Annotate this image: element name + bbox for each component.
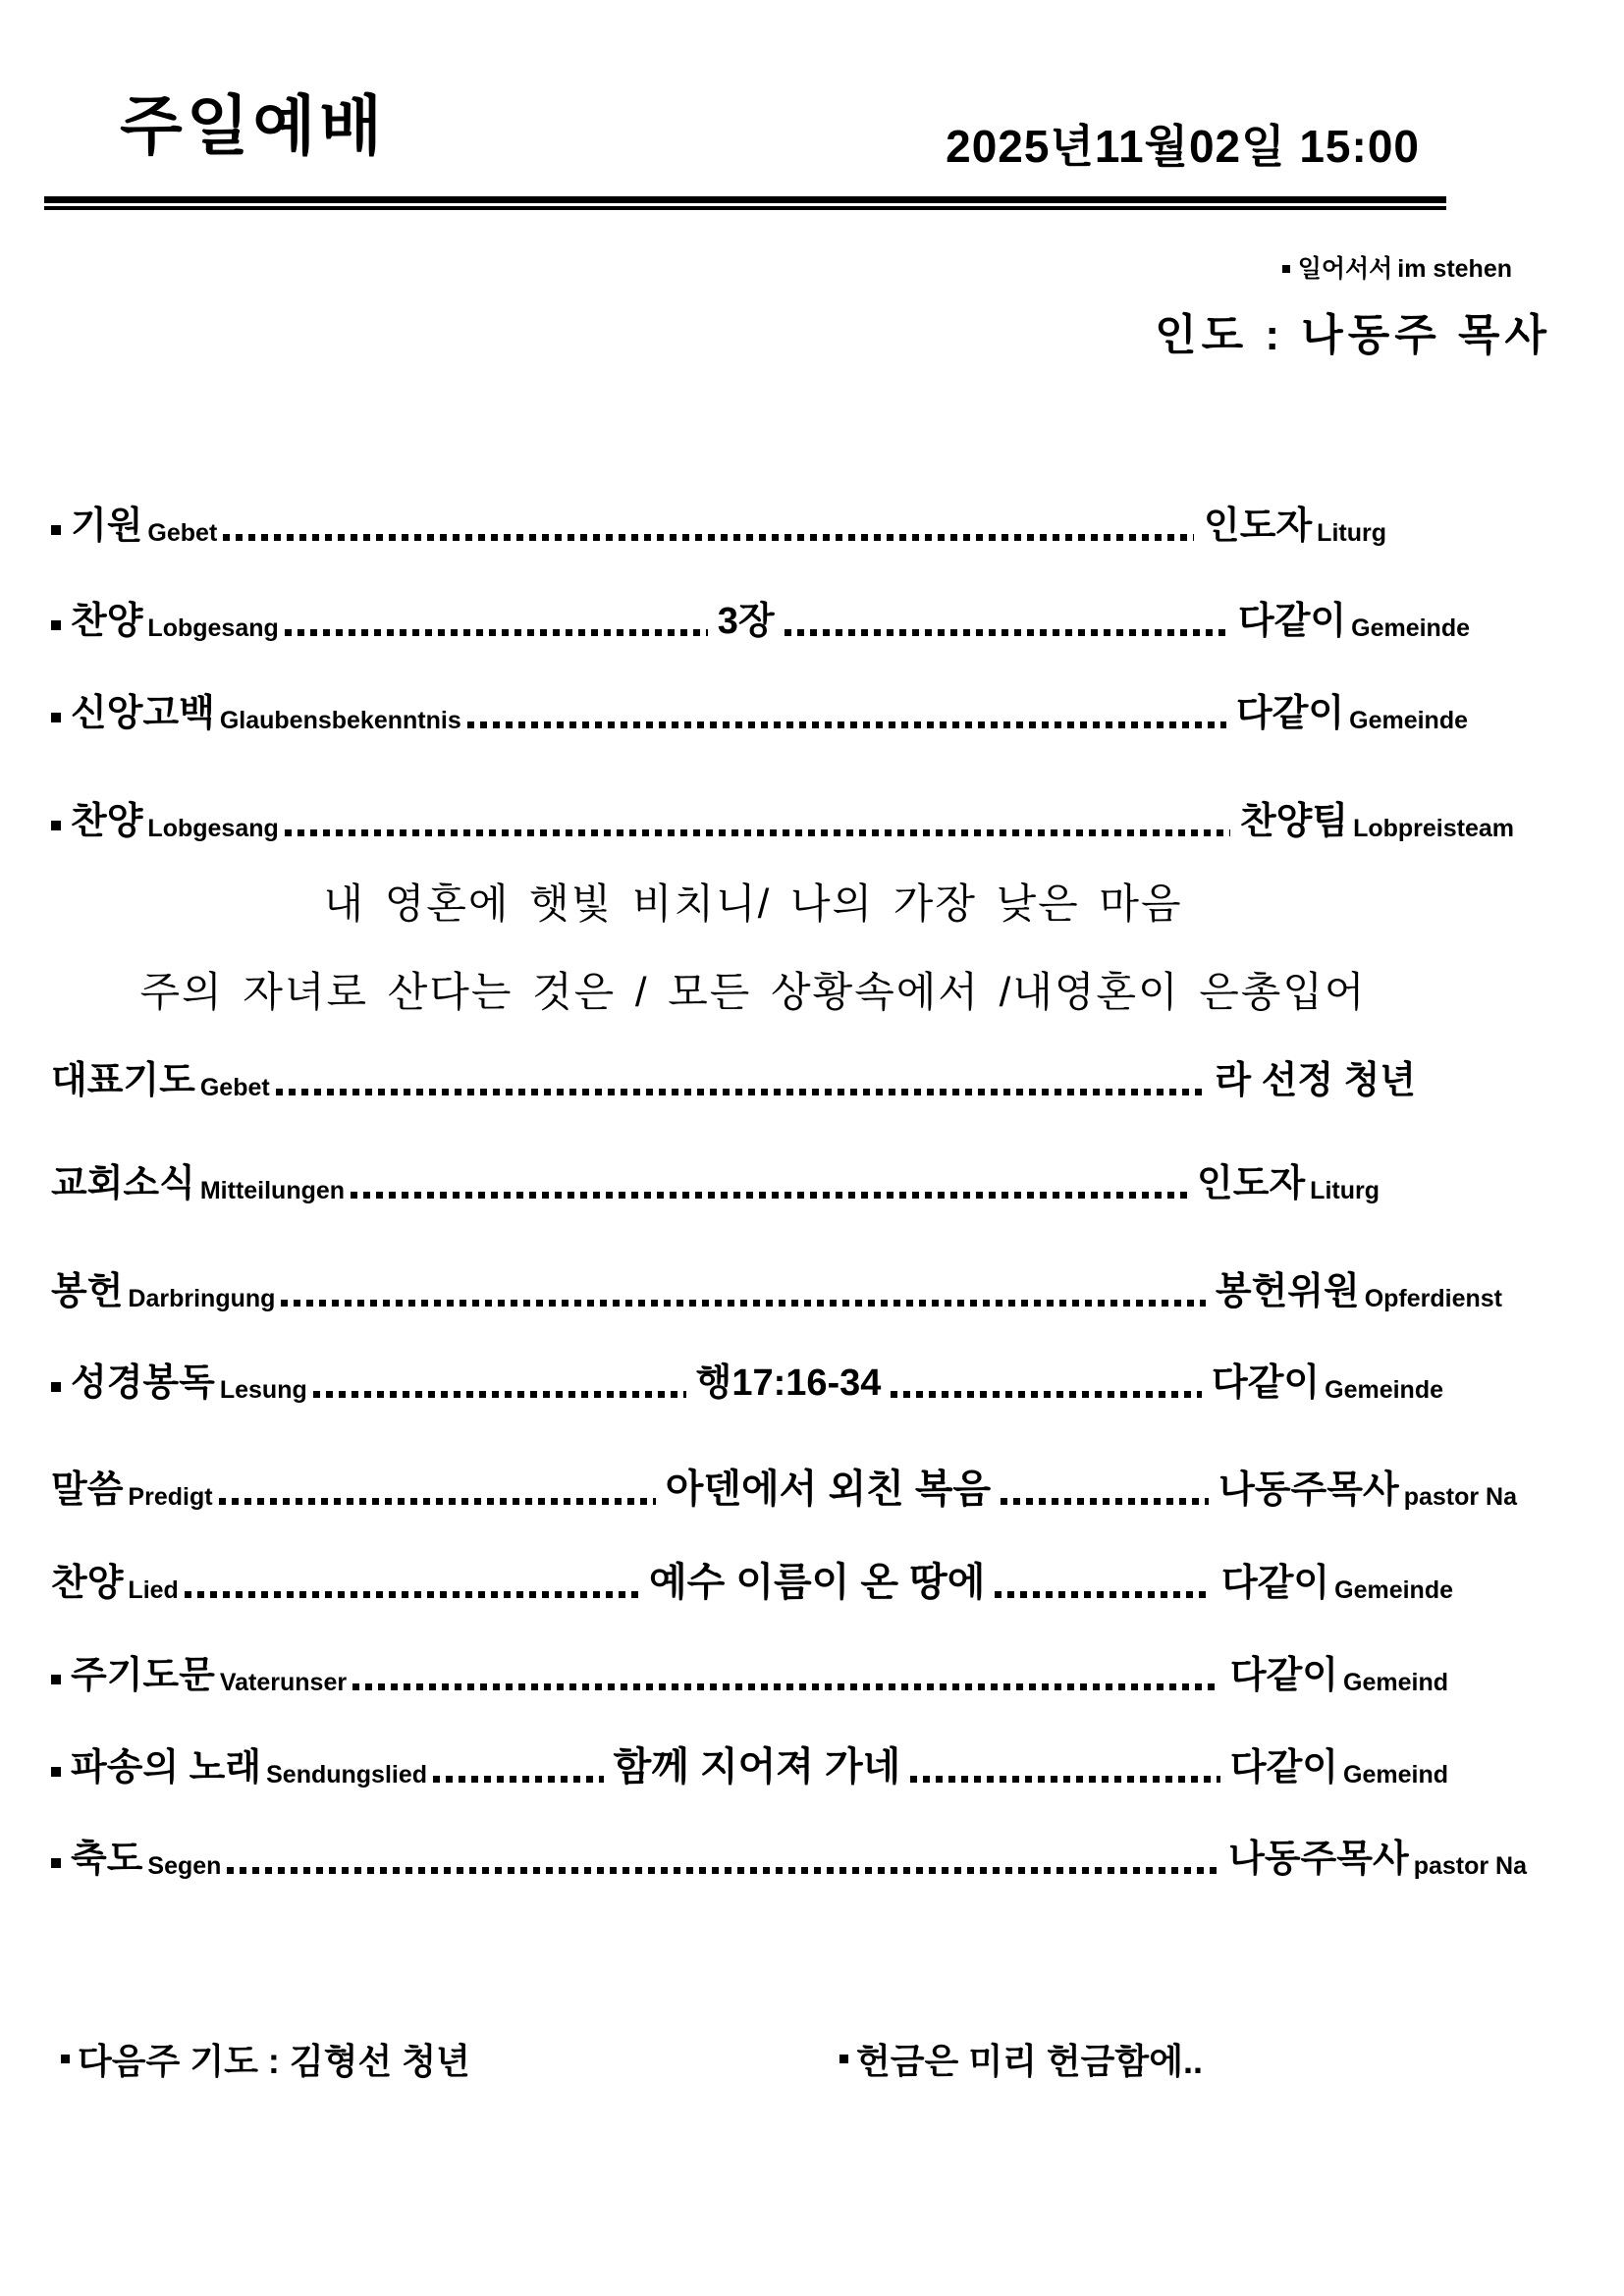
item-label-ko: 신앙고백 [71,693,215,735]
square-bullet-icon [51,620,61,630]
dotted-leader [185,1591,639,1598]
square-bullet-icon [51,1675,61,1684]
service-item-lords-prayer: 주기도문 Vaterunser 다같이 Gemeind [51,1655,1448,1697]
item-label-de: Predigt [128,1483,212,1512]
service-item-praise-2: 찬양 Lobgesang 찬양팀 Lobpreisteam [51,801,1514,843]
item-content: 함께 지어져 가네 [614,1745,901,1789]
square-bullet-icon [839,2055,848,2063]
service-item-announcements: 교회소식 Mitteilungen 인도자 Liturg [51,1163,1380,1205]
service-item-hymn: 찬양 Lied 예수 이름이 온 땅에 다같이 Gemeinde [51,1561,1453,1605]
item-label-ko: 봉헌 [51,1271,123,1313]
item-performer-de: Liturg [1317,519,1386,548]
header-divider [44,196,1446,210]
item-label-de: Gebet [200,1074,270,1102]
footer-notes: 다음주 기도 : 김형선 청년 헌금은 미리 헌금함에.. [51,2034,1573,2093]
item-label-ko: 찬양 [51,1563,123,1605]
item-label-ko: 기원 [71,506,142,548]
dotted-leader [276,1089,1206,1095]
service-item-benediction: 축도 Segen 나동주목사 pastor Na [51,1839,1527,1881]
item-performer-ko: 봉헌위원 [1216,1271,1360,1313]
divider-line-thin [44,206,1446,210]
item-performer-de: Opferdienst [1365,1285,1502,1313]
next-week-prayer-note: 다음주 기도 : 김형선 청년 [61,2034,470,2084]
service-item-praise-1: 찬양 Lobgesang 3장 다같이 Gemeinde [51,601,1470,643]
standing-note-ko: 일어서서 [1298,255,1393,283]
item-performer-ko: 라 선정 청년 [1215,1060,1416,1102]
square-bullet-icon [51,713,61,722]
item-label-ko: 주기도문 [71,1655,215,1697]
item-performer-ko: 다같이 [1236,693,1344,735]
item-performer-de: pastor Na [1414,1852,1527,1881]
dotted-leader [223,534,1194,541]
offering-note-text: 헌금은 미리 헌금함에.. [856,2034,1203,2084]
item-performer-ko: 다같이 [1221,1563,1329,1605]
item-label-de: Lobgesang [147,815,278,843]
item-label-de: Mitteilungen [200,1177,345,1205]
item-performer-de: Gemeinde [1349,707,1468,735]
square-bullet-icon [51,821,61,830]
item-performer-de: Lobpreisteam [1353,815,1514,843]
song-line: 주의 자녀로 산다는 것은 / 모든 상황속에서 /내영혼이 은총입어 [0,970,1506,1015]
item-label-de: Darbringung [128,1285,275,1313]
item-content: 아덴에서 외친 복음 [666,1468,991,1512]
item-label-de: Glaubensbekenntnis [220,707,461,735]
item-label-ko: 성경봉독 [71,1362,215,1405]
item-label-ko: 대표기도 [51,1060,195,1102]
dotted-leader [285,829,1230,836]
item-performer-de: Gemeinde [1325,1376,1443,1405]
item-performer-ko: 다같이 [1230,1747,1338,1789]
item-label-de: Lied [128,1576,178,1605]
item-performer-de: Gemeind [1343,1761,1448,1789]
item-performer-de: Liturg [1310,1177,1380,1205]
item-performer-de: Gemeinde [1334,1576,1453,1605]
item-performer-ko: 인도자 [1204,506,1312,548]
dotted-leader [227,1867,1218,1874]
service-item-invocation: 기원 Gebet 인도자 Liturg [51,506,1386,548]
square-bullet-icon [51,1858,61,1868]
next-week-prayer-text: 다음주 기도 : 김형선 청년 [78,2034,470,2084]
service-item-scripture-reading: 성경봉독 Lesung 행17:16-34 다같이 Gemeinde [51,1362,1443,1405]
service-item-creed: 신앙고백 Glaubensbekenntnis 다같이 Gemeinde [51,693,1468,735]
item-label-ko: 파송의 노래 [71,1747,261,1789]
item-label-ko: 교회소식 [51,1163,195,1205]
item-label-de: Gebet [147,519,217,548]
song-line: 내 영혼에 햇빛 비치니/ 나의 가장 낮은 마음 [0,881,1506,927]
item-label-de: Segen [147,1852,221,1881]
item-label-de: Vaterunser [220,1669,347,1697]
dotted-leader [995,1591,1212,1598]
item-performer-ko: 인도자 [1197,1163,1305,1205]
dotted-leader [313,1391,686,1398]
item-performer-ko: 찬양팀 [1240,801,1348,843]
dotted-leader [219,1498,656,1505]
item-content: 3장 [718,601,775,643]
service-datetime: 2025년11월02일 15:00 [946,122,1420,172]
item-label-de: Lesung [220,1376,307,1405]
item-content: 행17:16-34 [696,1362,882,1405]
item-performer-ko: 나동주목사 [1228,1839,1409,1881]
square-bullet-icon [1282,265,1290,273]
item-label-de: Sendungslied [266,1761,427,1789]
item-label-de: Lobgesang [147,614,278,643]
square-bullet-icon [61,2055,70,2063]
item-performer-ko: 다같이 [1212,1362,1320,1405]
dotted-leader [910,1776,1220,1783]
dotted-leader [285,629,708,636]
item-label-ko: 찬양 [71,801,142,843]
dotted-leader [433,1776,604,1783]
dotted-leader [467,721,1226,728]
dotted-leader [1001,1498,1209,1505]
item-label-ko: 말씀 [51,1469,123,1512]
service-item-offering: 봉헌 Darbringung 봉헌위원 Opferdienst [51,1271,1502,1313]
item-performer-de: pastor Na [1404,1483,1517,1512]
service-item-sermon: 말씀 Predigt 아덴에서 외친 복음 나동주목사 pastor Na [51,1468,1517,1512]
item-performer-ko: 다같이 [1238,601,1346,643]
bulletin-page: 주일예배 2025년11월02일 15:00 일어서서 im stehen 인도… [0,0,1624,2296]
dotted-leader [891,1391,1202,1398]
square-bullet-icon [51,1382,61,1392]
presider-line: 인도 : 나동주 목사 [1155,312,1551,359]
item-performer-de: Gemeind [1343,1669,1448,1697]
item-content: 예수 이름이 온 땅에 [649,1561,985,1605]
square-bullet-icon [51,1767,61,1777]
service-item-representative-prayer: 대표기도 Gebet 라 선정 청년 [51,1060,1416,1102]
page-title: 주일예배 [120,90,386,162]
divider-line-thick [44,196,1446,203]
standing-note-de: im stehen [1397,255,1512,284]
item-performer-ko: 다같이 [1230,1655,1338,1697]
dotted-leader [352,1683,1220,1690]
standing-note: 일어서서 im stehen [1282,255,1512,284]
item-label-ko: 찬양 [71,601,142,643]
dotted-leader [351,1192,1187,1199]
square-bullet-icon [51,525,61,535]
dotted-leader [281,1300,1205,1307]
item-label-ko: 축도 [71,1839,142,1881]
item-performer-de: Gemeinde [1351,614,1470,643]
service-item-sending-song: 파송의 노래 Sendungslied 함께 지어져 가네 다같이 Gemein… [51,1745,1448,1789]
dotted-leader [785,629,1228,636]
item-performer-ko: 나동주목사 [1218,1469,1399,1512]
offering-note: 헌금은 미리 헌금함에.. [839,2034,1203,2084]
